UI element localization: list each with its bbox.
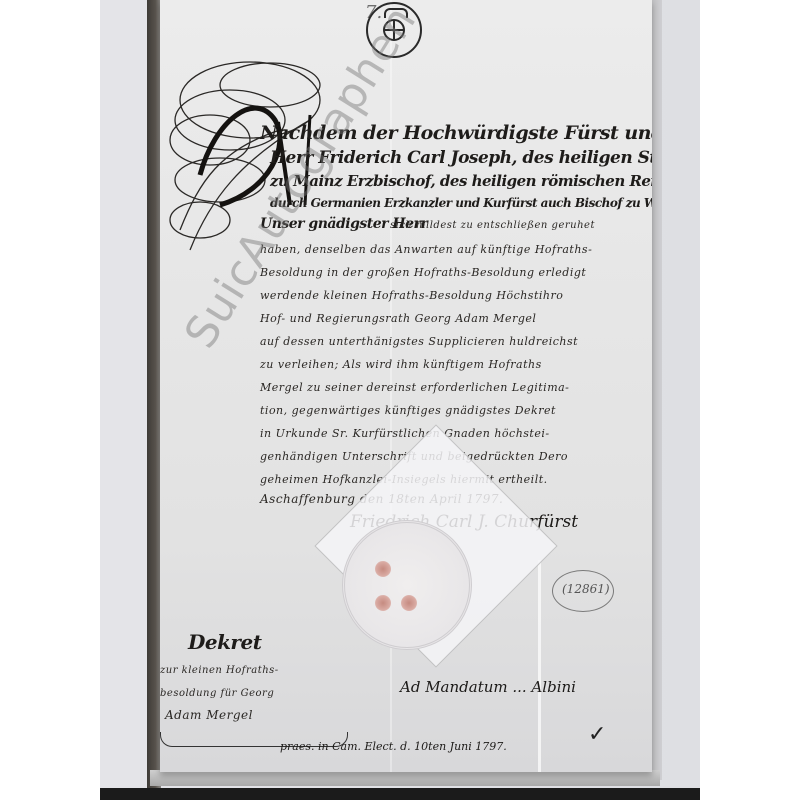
registration-note: praes. in Cam. Elect. d. 10ten Juni 1797…	[280, 740, 507, 753]
body-kurrent-line: sich mildest zu entschließen geruhet	[390, 220, 595, 231]
binding-spine-shadow	[147, 0, 161, 790]
body-fraktur-line: durch Germanien Erzkanzler und Kurfürst …	[270, 196, 652, 210]
body-kurrent-line: Mergel zu seiner dereinst erforderlichen…	[260, 381, 569, 394]
document-page: 7. Nachdem der Hochwürdigste Fürst und H…	[160, 0, 652, 772]
body-kurrent-line: tion, gegenwärtiges künftiges gnädigstes…	[260, 404, 556, 417]
margin-text-line: besoldung für Georg	[160, 688, 274, 699]
wax-point	[375, 561, 391, 577]
wax-point	[375, 595, 391, 611]
countersignature: Ad Mandatum ... Albini	[400, 678, 576, 696]
body-kurrent-line: haben, denselben das Anwarten auf künfti…	[260, 243, 592, 256]
wax-point	[401, 595, 417, 611]
body-kurrent-line: Besoldung in der großen Hofraths-Besoldu…	[260, 266, 586, 279]
page-lower-edge	[150, 770, 660, 786]
margin-text-line: Adam Mergel	[165, 708, 253, 722]
checkmark-icon: ✓	[588, 722, 606, 747]
photo-bottom-edge	[100, 788, 700, 800]
margin-heading: Dekret	[188, 630, 261, 654]
body-kurrent-line: Hof- und Regierungsrath Georg Adam Merge…	[260, 312, 536, 325]
body-kurrent-line: zu verleihen; Als wird ihm künftigem Hof…	[260, 358, 542, 371]
embossed-seal-icon	[342, 520, 472, 650]
paper-crease	[538, 560, 541, 772]
body-kurrent-line: auf dessen unterthänigstes Supplicieren …	[260, 335, 578, 348]
margin-text-line: zur kleinen Hofraths-	[160, 665, 279, 676]
body-kurrent-line: werdende kleinen Hofraths-Besoldung Höch…	[260, 289, 563, 302]
archive-number: (12861)	[562, 582, 610, 596]
body-kurrent-line: in Urkunde Sr. Kurfürstlichen Gnaden höc…	[260, 427, 550, 440]
